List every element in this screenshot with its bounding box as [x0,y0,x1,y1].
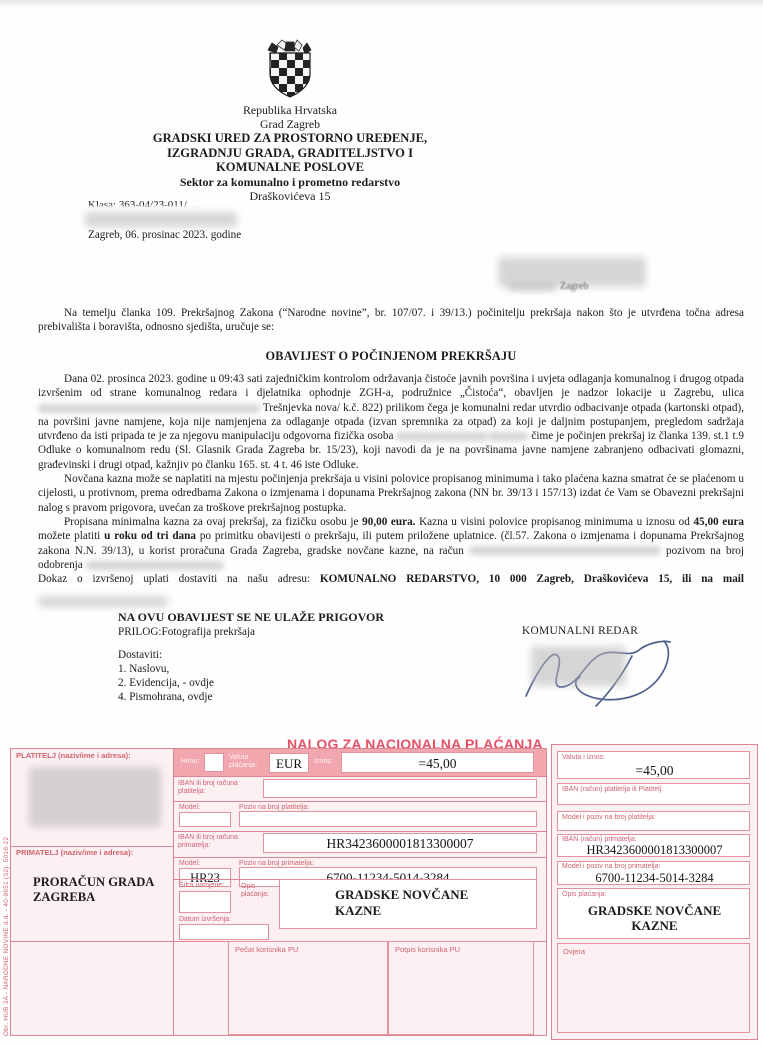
distribution-item-3: 4. Pismohrana, ovdje [118,690,214,704]
redacted-person-name [396,432,488,441]
scanned-offense-notice-page: Republika Hrvatska Grad Zagreb GRADSKI U… [0,0,763,1045]
croatia-coat-of-arms-icon [263,36,317,98]
stamp-label: Pečat korisnika PU [235,946,298,954]
redacted-person-name-2 [488,432,528,441]
payment-slip-main-form: PLATITELJ (naziv/ime i adresa): PRIMATEL… [10,748,547,1036]
exec-date-box [179,924,269,940]
stub-recipient-modelref-box: Model i poziv na broj primatelja: 6700-1… [557,861,750,885]
document-title: OBAVIJEST O POČINJENOM PREKRŠAJU [38,349,744,364]
recipient-name: PRORAČUN GRADA ZAGREBA [33,875,171,905]
divider [174,831,546,832]
description-value: GRADSKE NOVČANE KAZNE [335,887,535,919]
description-label: Opis plaćanja: [241,883,279,899]
stub-description-box: Opis plaćanja: GRADSKE NOVČANE KAZNE [557,888,750,939]
form-code-vertical: Obr. HUB 3A - NARODNE NOVINE d.d. - 40-9… [3,837,10,1036]
stub-payer-iban-box: IBAN (račun) platitelja ili Platitelj: [557,783,750,805]
payer-label: PLATITELJ (naziv/ime i adresa): [16,752,168,760]
recipient-model-label: Model: [179,860,200,868]
exec-date-label: Datum izvršenja: [179,916,231,924]
redacted-street-name [38,404,260,413]
urgent-checkbox [204,753,224,772]
stub-payer-modelref-box: Model i poziv na broj platitelja: [557,811,750,831]
redacted-account-number [469,546,661,555]
body-text: Dana 02. prosinca 2023. godine u 09:43 s… [38,372,744,586]
payer-model-box [179,812,231,827]
recipient-label: PRIMATELJ (naziv/ime i adresa): [16,849,168,857]
signature-label: Potpis korisnika PU [395,946,460,954]
paragraph-offense: Dana 02. prosinca 2023. godine u 09:43 s… [38,372,744,472]
stub-recipient-ref-value: 6700-11234-5014-3284 [558,871,751,886]
stub-payer-modelref-label: Model i poziv na broj platitelja: [562,814,656,822]
redacted-officer-name [531,646,626,686]
stub-verification-box: Ovjera [557,943,750,1033]
distribution-list: Dostaviti: 1. Naslovu, 2. Evidencija, - … [118,648,214,704]
klasa-reference: Klasa: 363-04/23-011/… [88,199,198,211]
paragraph-proof: Dokaz o izvršenoj uplati dostaviti na na… [38,572,744,586]
recipient-iban-label: IBAN ili broj računa primatelja: [178,834,260,850]
stub-description-label: Opis plaćanja: [562,891,606,899]
distribution-item-2: 2. Evidencija, - ovdje [118,676,214,690]
letterhead-office-line2: IZGRADNJU GRADA, GRADITELJSTVO I [80,146,500,161]
purpose-code-box [179,891,231,913]
stamp-box: Pečat korisnika PU [228,941,388,1035]
redacted-reference-number [86,561,224,570]
stub-verification-label: Ovjera [563,948,585,956]
letterhead-sector: Sektor za komunalno i prometno redarstvo [80,175,500,189]
letterhead-office-line1: GRADSKI URED ZA PROSTORNO UREĐENJE, [80,131,500,146]
divider [174,857,546,858]
redacted-payer [29,767,161,827]
intro-paragraph: Na temelju članka 109. Prekršajnog Zakon… [38,306,744,335]
divider [174,879,279,880]
divider [174,776,546,777]
stub-payer-iban-label: IBAN (račun) platitelja ili Platitelj: [562,786,663,794]
distribution-item-1: 1. Naslovu, [118,662,214,676]
paragraph-fine-amount: Propisana minimalna kazna za ovaj prekrš… [38,515,744,572]
redacted-email [38,596,168,607]
letterhead-city: Grad Zagreb [80,117,500,131]
attachment-line: PRILOG:Fotografija prekršaja [118,626,255,638]
currency-label: Valuta plaćanja: [229,754,265,770]
date-place-line: Zagreb, 06. prosinac 2023. godine [88,229,241,241]
letterhead: Republika Hrvatska Grad Zagreb GRADSKI U… [80,36,500,203]
payment-slip-stub: Valuta i iznos: =45,00 IBAN (račun) plat… [551,744,758,1040]
paragraph-payment-rules: Novčana kazna može se naplatiti na mjest… [38,472,744,515]
letterhead-country: Republika Hrvatska [80,103,500,117]
distribution-header: Dostaviti: [118,648,214,662]
divider [11,846,173,847]
payer-ref-box [239,811,537,827]
signature-box: Potpis korisnika PU [388,941,534,1035]
amount-value: =45,00 [341,756,534,772]
redacted-recipient-line [508,284,556,290]
urgent-label: Hitno: [181,758,199,766]
letterhead-office-line3: KOMUNALNE POSLOVE [80,160,500,175]
stub-amount-box: Valuta i iznos: =45,00 [557,751,750,779]
recipient-city-fragment: Zagreb [560,281,588,292]
divider [173,749,174,1035]
stub-description-value: GRADSKE NOVČANE KAZNE [558,903,751,933]
amount-label: Iznos: [314,758,333,766]
stub-recipient-iban-value: HR3423600001813300007 [558,843,751,858]
divider [174,801,546,802]
payer-iban-box [263,779,537,798]
recipient-iban-value: HR3423600001813300007 [263,836,537,852]
payer-iban-label: IBAN ili broj računa platitelja: [178,780,260,796]
currency-value: EUR [269,756,309,772]
stub-amount-value: =45,00 [558,763,751,779]
no-objection-line: NA OVU OBAVIJEST SE NE ULAŽE PRIGOVOR [118,610,384,625]
stub-recipient-iban-box: IBAN (račun) primatelja: HR3423600001813… [557,834,750,857]
stub-recipient-modelref-label: Model i poziv na broj primatelja: [562,863,660,871]
stub-amount-label: Valuta i iznos: [562,754,605,762]
redacted-urbroj [85,212,237,227]
purpose-code-label: Šifra namjene: [179,882,239,890]
payer-model-label: Model: [179,804,200,812]
